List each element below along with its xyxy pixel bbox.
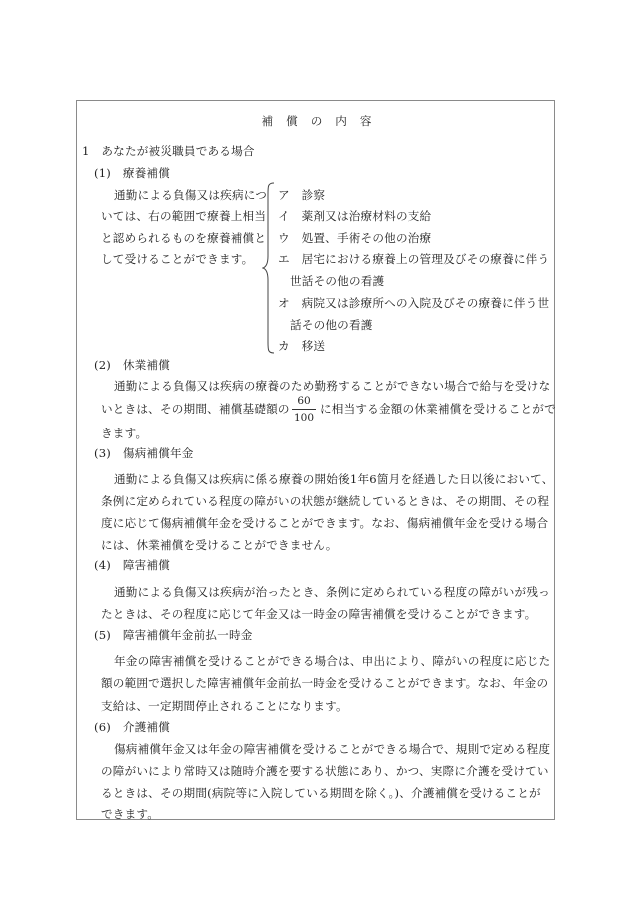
list-item-a: ア 診察 [278,188,325,202]
list-item-ka: カ 移送 [278,339,325,353]
fraction-numerator: 60 [292,395,316,407]
item-6-line: 傷病補償年金又は年金の障害補償を受けることができる場合で、規則で定める程度 [114,742,550,756]
item-1-label: (1) 療養補償 [94,166,170,180]
page-title: 補償の内容 [0,114,630,128]
item-3-line: 通勤による負傷又は疾病に係る療養の開始後1年6箇月を経過した日以後において、 [114,472,554,486]
list-item-e: エ 居宅における療養上の管理及びその療養に伴う [278,252,549,266]
fraction-denominator: 100 [292,412,316,424]
section-heading: 1 あなたが被災職員である場合 [82,144,255,158]
item-4-line: たときは、その程度に応じて年金又は一時金の障害補償を受けることができます。 [101,607,536,621]
list-item-e-cont: 世話その他の看護 [290,274,384,288]
list-item-o-cont: 話その他の看護 [290,318,373,332]
curly-brace-icon [262,182,276,354]
item-5-line: 支給は、一定期間停止されることになります。 [101,699,348,713]
item-3-line: 度に応じて傷病補償年金を受けることができます。なお、傷病補償年金を受ける場合 [101,516,548,530]
item-5-line: 年金の障害補償を受けることができる場合は、申出により、障がいの程度に応じた [114,654,550,668]
item-1-intro-line: と認められるものを療養補償と [101,231,266,245]
list-item-o: オ 病院又は診療所への入院及びその療養に伴う世 [278,296,549,310]
item-2-line: きます。 [101,426,147,440]
item-2-label: (2) 休業補償 [94,358,170,372]
item-3-label: (3) 傷病補償年金 [94,446,194,460]
fraction: 60 100 [292,395,316,424]
item-5-line: 額の範囲で選択した障害補償年金前払一時金を受けることができます。なお、年金の [101,676,548,690]
item-2-line: に相当する金額の休業補償を受けることがで [320,402,556,416]
item-2-line: いときは、その期間、補償基礎額の [101,402,290,416]
item-3-line: には、休業補償を受けることができません。 [101,538,338,552]
item-6-line: るときは、その期間(病院等に入院している期間を除く。)、介護補償を受けることが [101,786,541,800]
list-item-u: ウ 処置、手術その他の治療 [278,231,431,245]
item-4-label: (4) 障害補償 [94,558,170,572]
fraction-bar [292,409,316,410]
item-6-line: できます。 [101,807,159,821]
list-item-i: イ 薬剤又は治療材料の支給 [278,209,431,223]
item-1-intro-line: いては、右の範囲で療養上相当 [101,209,266,223]
item-4-line: 通勤による負傷又は疾病が治ったとき、条例に定められている程度の障がいが残っ [114,585,550,599]
item-1-intro-line: して受けることができます。 [101,252,253,266]
item-1-intro-line: 通勤による負傷又は疾病につ [114,188,267,202]
item-3-line: 条例に定められている程度の障がいの状態が継続しているときは、その期間、その程 [101,494,549,508]
item-6-label: (6) 介護補償 [94,720,170,734]
item-2-line: 通勤による負傷又は疾病の療養のため勤務することができない場合で給与を受けな [114,379,550,393]
item-6-line: の障がいにより常時又は随時介護を要する状態にあり、かつ、実際に介護を受けてい [101,764,549,778]
item-5-label: (5) 障害補償年金前払一時金 [94,628,253,642]
